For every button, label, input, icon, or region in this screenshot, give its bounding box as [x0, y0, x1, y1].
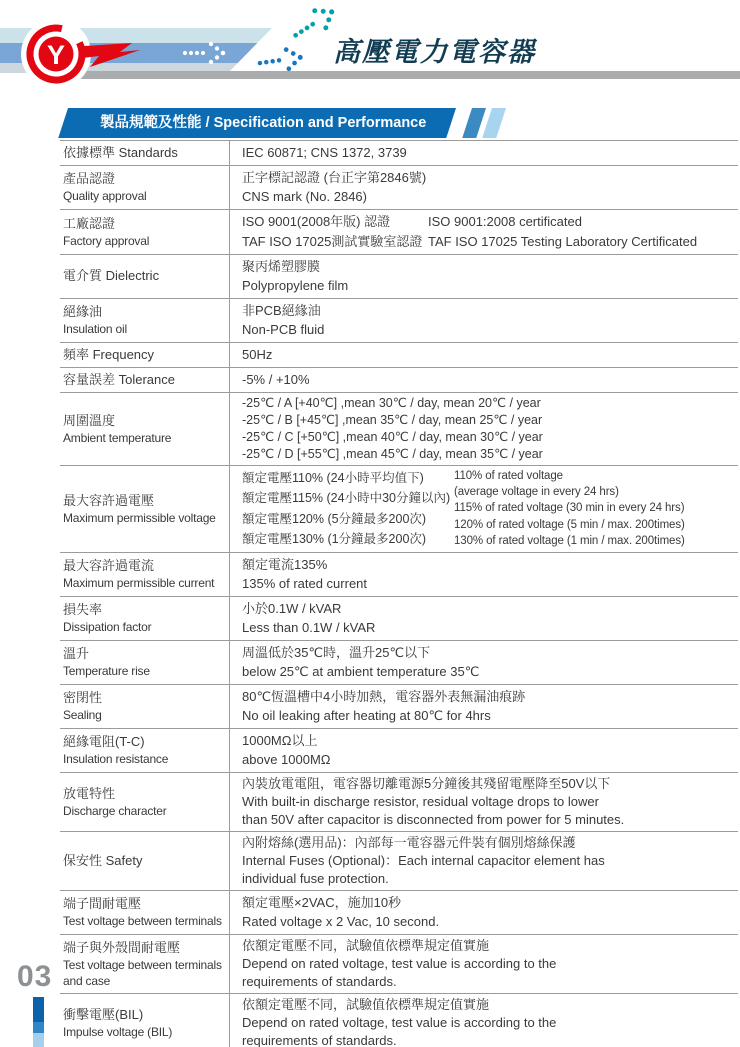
row-label-cell: 產品認證Quality approval	[60, 166, 230, 209]
svg-text:Y: Y	[47, 40, 65, 70]
row-content-line: -25℃ / A [+40℃] ,mean 30℃ / day, mean 20…	[242, 395, 734, 412]
row-content-cell: 1000MΩ以上above 1000MΩ	[230, 729, 738, 772]
row-content-cell: 依額定電壓不同，試驗值依標準規定值實施Depend on rated volta…	[230, 935, 738, 993]
row-label-cell: 工廠認證Factory approval	[60, 210, 230, 254]
row-content-line: ISO 9001:2008 certificated	[428, 212, 697, 232]
row-label-en: Insulation oil	[63, 321, 227, 337]
row-content-line: above 1000MΩ	[242, 750, 734, 770]
row-label-en: Insulation resistance	[63, 751, 227, 767]
row-content-line: requirements of standards.	[242, 1032, 734, 1047]
row-label-en: Test voltage between terminals and case	[63, 957, 227, 989]
row-content-cell: 額定電流135%135% of rated current	[230, 553, 738, 596]
row-label-cell: 頻率 Frequency	[60, 343, 230, 367]
specification-table: 依據標準 StandardsIEC 60871; CNS 1372, 3739產…	[60, 140, 738, 1047]
row-content-column: ISO 9001(2008年版) 認證TAF ISO 17025測試實驗室認證	[242, 212, 428, 252]
row-content-line: IEC 60871; CNS 1372, 3739	[242, 143, 734, 163]
row-label-cell: 密閉性Sealing	[60, 685, 230, 728]
row-label-cell: 端子與外殼間耐電壓Test voltage between terminals …	[60, 935, 230, 993]
row-content-line: (average voltage in every 24 hrs)	[454, 484, 685, 500]
row-content-line: 1000MΩ以上	[242, 731, 734, 751]
header-divider-bar	[64, 71, 740, 79]
table-row: 容量誤差 Tolerance-5% / +10%	[60, 367, 738, 392]
page-title: 高壓電力電容器	[333, 30, 536, 69]
row-content-line: Non-PCB fluid	[242, 320, 734, 340]
row-content-line: 額定電壓110% (24小時平均值下)	[242, 468, 454, 489]
row-content-line: -25℃ / D [+55℃] ,mean 45℃ / day, mean 35…	[242, 446, 734, 463]
row-content-line: 115% of rated voltage (30 min in every 2…	[454, 500, 685, 516]
row-content-cell: 非PCB絕緣油Non-PCB fluid	[230, 299, 738, 342]
row-label-en: Impulse voltage (BIL)	[63, 1024, 227, 1040]
row-label-zh: 絕緣電阻(T-C)	[63, 733, 227, 751]
table-row: 放電特性Discharge character內裝放電電阻，電容器切離電源5分鐘…	[60, 772, 738, 831]
row-label-en: Factory approval	[63, 233, 227, 249]
row-content-line: 額定電壓120% (5分鐘最多200次)	[242, 509, 454, 530]
row-content-line: TAF ISO 17025 Testing Laboratory Certifi…	[428, 232, 697, 252]
row-content-cell: 額定電壓110% (24小時平均值下)額定電壓115% (24小時中30分鐘以內…	[230, 466, 738, 552]
row-label-zh: 容量誤差 Tolerance	[63, 371, 227, 389]
row-content-cell: 正字標記認證 (台正字第2846號)CNS mark (No. 2846)	[230, 166, 738, 209]
row-label-cell: 衝擊電壓(BIL)Impulse voltage (BIL)	[60, 994, 230, 1047]
row-label-cell: 保安性 Safety	[60, 832, 230, 890]
table-row: 頻率 Frequency50Hz	[60, 342, 738, 367]
table-row: 最大容許過電壓Maximum permissible voltage額定電壓11…	[60, 465, 738, 552]
table-row: 損失率Dissipation factor小於0.1W / kVARLess t…	[60, 596, 738, 640]
row-content-line: 50Hz	[242, 345, 734, 365]
table-row: 溫升Temperature rise周溫低於35℃時，溫升25℃以下below …	[60, 640, 738, 684]
table-row: 周圍溫度Ambient temperature-25℃ / A [+40℃] ,…	[60, 392, 738, 465]
row-label-zh: 電介質 Dielectric	[63, 267, 227, 285]
row-label-zh: 工廠認證	[63, 215, 227, 233]
row-content-line: Less than 0.1W / kVAR	[242, 618, 734, 638]
row-content-cell: 周溫低於35℃時，溫升25℃以下below 25℃ at ambient tem…	[230, 641, 738, 684]
row-content-column: 110% of rated voltage(average voltage in…	[454, 468, 685, 550]
table-row: 依據標準 StandardsIEC 60871; CNS 1372, 3739	[60, 140, 738, 165]
row-label-zh: 最大容許過電流	[63, 557, 227, 575]
row-label-en: Test voltage between terminals	[63, 913, 227, 929]
row-label-zh: 密閉性	[63, 689, 227, 707]
row-label-cell: 最大容許過電流Maximum permissible current	[60, 553, 230, 596]
row-label-cell: 容量誤差 Tolerance	[60, 368, 230, 392]
row-label-zh: 損失率	[63, 601, 227, 619]
row-content-line: 非PCB絕緣油	[242, 301, 734, 321]
row-content-cell: 80℃恆溫槽中4小時加熱，電容器外表無漏油痕跡No oil leaking af…	[230, 685, 738, 728]
row-label-en: Quality approval	[63, 188, 227, 204]
table-row: 產品認證Quality approval正字標記認證 (台正字第2846號)CN…	[60, 165, 738, 209]
row-content-line: Depend on rated voltage, test value is a…	[242, 1014, 734, 1032]
row-content-line: No oil leaking after heating at 80℃ for …	[242, 706, 734, 726]
row-content-cell: 內裝放電電阻，電容器切離電源5分鐘後其殘留電壓降至50V以下With built…	[230, 773, 738, 831]
row-content-line: 依額定電壓不同，試驗值依標準規定值實施	[242, 937, 734, 955]
row-content-line: Polypropylene film	[242, 276, 734, 296]
row-label-zh: 放電特性	[63, 785, 227, 803]
row-content-line: 120% of rated voltage (5 min / max. 200t…	[454, 517, 685, 533]
row-content-line: 正字標記認證 (台正字第2846號)	[242, 168, 734, 188]
table-row: 工廠認證Factory approvalISO 9001(2008年版) 認證T…	[60, 209, 738, 254]
row-label-cell: 電介質 Dielectric	[60, 255, 230, 298]
row-content-line: Internal Fuses (Optional)：Each internal …	[242, 852, 734, 870]
row-content-cell: 50Hz	[230, 343, 738, 367]
row-content-line: 130% of rated voltage (1 min / max. 200t…	[454, 533, 685, 549]
row-label-cell: 絕緣油Insulation oil	[60, 299, 230, 342]
row-label-en: Sealing	[63, 707, 227, 723]
row-content-line: 小於0.1W / kVAR	[242, 599, 734, 619]
row-content-line: than 50V after capacitor is disconnected…	[242, 811, 734, 829]
table-row: 衝擊電壓(BIL)Impulse voltage (BIL)依額定電壓不同，試驗…	[60, 993, 738, 1047]
banner-slash-light	[482, 108, 506, 138]
row-content-cell: 聚丙烯塑膠膜Polypropylene film	[230, 255, 738, 298]
row-content-cell: -25℃ / A [+40℃] ,mean 30℃ / day, mean 20…	[230, 393, 738, 465]
row-label-cell: 損失率Dissipation factor	[60, 597, 230, 640]
row-content-column: 額定電壓110% (24小時平均值下)額定電壓115% (24小時中30分鐘以內…	[242, 468, 454, 550]
row-content-cell: IEC 60871; CNS 1372, 3739	[230, 141, 738, 165]
row-content-line: individual fuse protection.	[242, 870, 734, 888]
row-content-line: ISO 9001(2008年版) 認證	[242, 212, 428, 232]
row-label-en: Ambient temperature	[63, 430, 227, 446]
row-content-line: 135% of rated current	[242, 574, 734, 594]
row-content-cell: -5% / +10%	[230, 368, 738, 392]
row-content-line: CNS mark (No. 2846)	[242, 187, 734, 207]
row-label-en: Discharge character	[63, 803, 227, 819]
page-number: 03	[17, 960, 52, 994]
row-label-zh: 周圍溫度	[63, 412, 227, 430]
row-label-en: Dissipation factor	[63, 619, 227, 635]
row-content-line: 內附熔絲(選用品)：內部每一電容器元件裝有個別熔絲保護	[242, 834, 734, 852]
row-content-line: 額定電流135%	[242, 555, 734, 575]
row-content-line: 周溫低於35℃時，溫升25℃以下	[242, 643, 734, 663]
row-label-zh: 溫升	[63, 645, 227, 663]
row-label-zh: 絕緣油	[63, 303, 227, 321]
table-row: 密閉性Sealing80℃恆溫槽中4小時加熱，電容器外表無漏油痕跡No oil …	[60, 684, 738, 728]
table-row: 絕緣油Insulation oil非PCB絕緣油Non-PCB fluid	[60, 298, 738, 342]
row-label-en: Maximum permissible current	[63, 575, 227, 591]
row-content-line: Depend on rated voltage, test value is a…	[242, 955, 734, 973]
row-label-cell: 端子間耐電壓Test voltage between terminals	[60, 891, 230, 934]
row-label-cell: 最大容許過電壓Maximum permissible voltage	[60, 466, 230, 552]
row-label-cell: 周圍溫度Ambient temperature	[60, 393, 230, 465]
row-label-cell: 依據標準 Standards	[60, 141, 230, 165]
row-content-line: below 25℃ at ambient temperature 35℃	[242, 662, 734, 682]
row-label-zh: 最大容許過電壓	[63, 492, 227, 510]
row-content-column: ISO 9001:2008 certificatedTAF ISO 17025 …	[428, 212, 697, 252]
row-content-line: 80℃恆溫槽中4小時加熱，電容器外表無漏油痕跡	[242, 687, 734, 707]
row-label-zh: 保安性 Safety	[63, 852, 227, 870]
row-content-line: 依額定電壓不同，試驗值依標準規定值實施	[242, 996, 734, 1014]
row-content-line: -25℃ / B [+45℃] ,mean 35℃ / day, mean 25…	[242, 412, 734, 429]
row-content-line: TAF ISO 17025測試實驗室認證	[242, 232, 428, 252]
row-label-cell: 放電特性Discharge character	[60, 773, 230, 831]
row-label-en: Temperature rise	[63, 663, 227, 679]
dotted-arrow-white-icon	[182, 38, 228, 66]
row-content-line: 額定電壓115% (24小時中30分鐘以內)	[242, 488, 454, 509]
row-content-line: 額定電壓×2VAC，施加10秒	[242, 893, 734, 913]
table-row: 端子與外殼間耐電壓Test voltage between terminals …	[60, 934, 738, 993]
row-label-zh: 衝擊電壓(BIL)	[63, 1006, 227, 1024]
row-label-en: Maximum permissible voltage	[63, 510, 227, 526]
row-content-line: 110% of rated voltage	[454, 468, 685, 484]
row-content-line: -25℃ / C [+50℃] ,mean 40℃ / day, mean 30…	[242, 429, 734, 446]
row-label-zh: 產品認證	[63, 170, 227, 188]
table-row: 端子間耐電壓Test voltage between terminals額定電壓…	[60, 890, 738, 934]
row-content-cell: 依額定電壓不同，試驗值依標準規定值實施Depend on rated volta…	[230, 994, 738, 1047]
table-row: 電介質 Dielectric聚丙烯塑膠膜Polypropylene film	[60, 254, 738, 298]
row-content-cell: ISO 9001(2008年版) 認證TAF ISO 17025測試實驗室認證I…	[230, 210, 738, 254]
row-content-line: 聚丙烯塑膠膜	[242, 257, 734, 277]
row-content-cell: 額定電壓×2VAC，施加10秒Rated voltage x 2 Vac, 10…	[230, 891, 738, 934]
row-label-zh: 依據標準 Standards	[63, 144, 227, 162]
footer-accent-bar	[33, 997, 44, 1047]
table-row: 最大容許過電流Maximum permissible current額定電流13…	[60, 552, 738, 596]
row-content-line: 內裝放電電阻，電容器切離電源5分鐘後其殘留電壓降至50V以下	[242, 775, 734, 793]
row-content-cell: 內附熔絲(選用品)：內部每一電容器元件裝有個別熔絲保護Internal Fuse…	[230, 832, 738, 890]
row-content-line: Rated voltage x 2 Vac, 10 second.	[242, 912, 734, 932]
row-label-cell: 絕緣電阻(T-C)Insulation resistance	[60, 729, 230, 772]
table-row: 保安性 Safety內附熔絲(選用品)：內部每一電容器元件裝有個別熔絲保護Int…	[60, 831, 738, 890]
row-label-zh: 頻率 Frequency	[63, 346, 227, 364]
section-banner: 製品規範及性能 / Specification and Performance	[58, 108, 456, 138]
row-content-line: 額定電壓130% (1分鐘最多200次)	[242, 529, 454, 550]
row-content-line: -5% / +10%	[242, 370, 734, 390]
row-content-line: With built-in discharge resistor, residu…	[242, 793, 734, 811]
table-row: 絕緣電阻(T-C)Insulation resistance1000MΩ以上ab…	[60, 728, 738, 772]
row-label-cell: 溫升Temperature rise	[60, 641, 230, 684]
section-banner-label: 製品規範及性能 / Specification and Performance	[68, 108, 456, 138]
row-label-zh: 端子間耐電壓	[63, 895, 227, 913]
company-logo-icon: Y	[14, 14, 146, 94]
row-content-cell: 小於0.1W / kVARLess than 0.1W / kVAR	[230, 597, 738, 640]
row-content-line: requirements of standards.	[242, 973, 734, 991]
row-label-zh: 端子與外殼間耐電壓	[63, 939, 227, 957]
